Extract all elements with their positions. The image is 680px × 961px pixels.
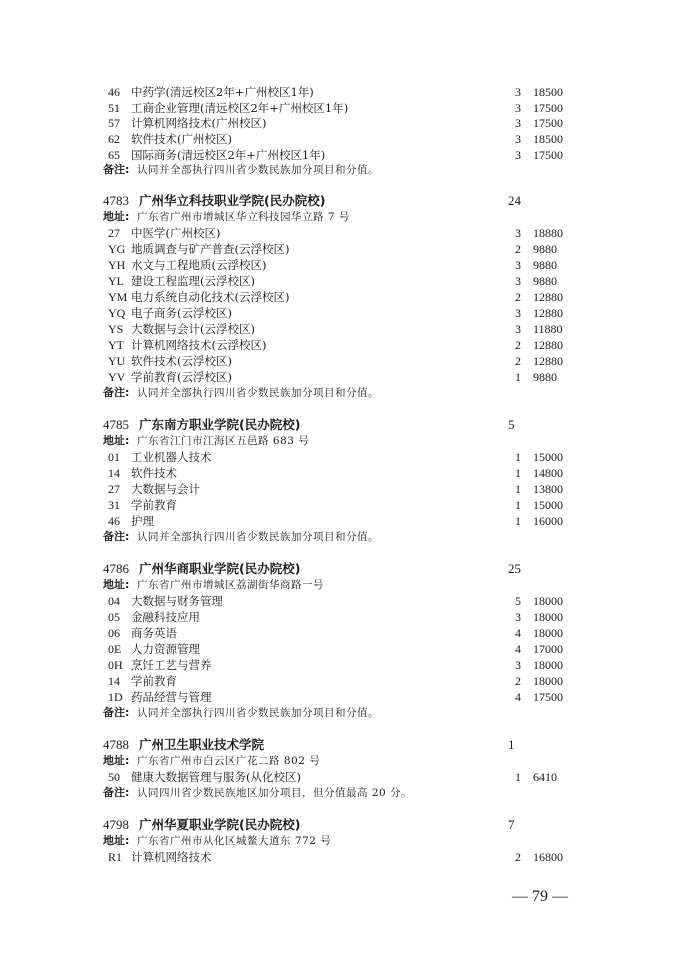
list-item: 27 大数据与会计 1 13800	[0, 481, 680, 497]
major-fee: 12880	[533, 337, 563, 353]
list-item: YH 水文与工程地质(云浮校区) 3 9880	[0, 257, 680, 273]
school-count: 5	[508, 417, 515, 433]
major-name: 工商企业管理(清远校区2年+广州校区1年)	[131, 100, 348, 116]
list-item: R1 计算机网络技术 2 16800	[0, 849, 680, 865]
major-fee: 17000	[533, 641, 563, 657]
address-label: 地址:	[103, 753, 129, 769]
major-code: 62	[108, 131, 120, 147]
list-item: 0E 人力资源管理 4 17000	[0, 641, 680, 657]
major-name: 工业机器人技术	[131, 449, 212, 465]
major-fee: 15000	[533, 449, 563, 465]
major-name: 药品经营与管理	[131, 689, 212, 705]
major-fee: 18000	[533, 657, 563, 673]
major-fee: 18500	[533, 84, 563, 100]
note-label: 备注:	[103, 385, 129, 401]
list-item: YG 地质调查与矿产普查(云浮校区) 2 9880	[0, 241, 680, 257]
school-name: 广州华夏职业学院(民办院校)	[139, 817, 300, 833]
major-fee: 18500	[533, 131, 563, 147]
major-count: 1	[515, 769, 521, 785]
school-count: 1	[508, 737, 515, 753]
address-label: 地址:	[103, 433, 129, 449]
school-note: 备注: 认同并全部执行四川省少数民族加分项目和分值。	[0, 385, 680, 401]
major-code: 57	[108, 115, 120, 131]
major-count: 2	[515, 289, 521, 305]
major-name: 学前教育(云浮校区)	[131, 369, 232, 385]
major-code: YT	[108, 337, 124, 353]
major-name: 大数据与财务管理	[131, 593, 223, 609]
major-fee: 9880	[533, 369, 557, 385]
major-name: 计算机网络技术	[131, 849, 212, 865]
note-text: 认同并全部执行四川省少数民族加分项目和分值。	[137, 529, 379, 545]
major-code: 05	[108, 609, 120, 625]
school-note: 备注: 认同并全部执行四川省少数民族加分项目和分值。	[0, 705, 680, 721]
school-id: 4786	[103, 561, 129, 577]
major-count: 1	[515, 369, 521, 385]
major-code: 14	[108, 465, 120, 481]
school-name: 广东南方职业学院(民办院校)	[139, 417, 300, 433]
major-count: 4	[515, 625, 521, 641]
major-name: 人力资源管理	[131, 641, 200, 657]
major-code: 27	[108, 481, 120, 497]
address-label: 地址:	[103, 833, 129, 849]
major-count: 2	[515, 673, 521, 689]
major-name: 电子商务(云浮校区)	[131, 305, 232, 321]
major-name: 金融科技应用	[131, 609, 200, 625]
major-count: 3	[515, 115, 521, 131]
major-fee: 17500	[533, 147, 563, 163]
document-page: 46 中药学(清远校区2年+广州校区1年) 3 18500 51 工商企业管理(…	[0, 0, 680, 961]
major-name: 中药学(清远校区2年+广州校区1年)	[131, 84, 314, 100]
major-count: 3	[515, 321, 521, 337]
major-name: 电力系统自动化技术(云浮校区)	[131, 289, 289, 305]
major-count: 3	[515, 257, 521, 273]
major-code: YH	[108, 257, 125, 273]
major-fee: 17500	[533, 689, 563, 705]
school-address: 地址: 广东省广州市增城区华立科技园华立路 7 号	[0, 209, 680, 225]
major-name: 软件技术(广州校区)	[131, 131, 232, 147]
school-note: 备注: 认同四川省少数民族地区加分项目，但分值最高 20 分。	[0, 785, 680, 801]
address-text: 广东省广州市从化区城鳌大道东 772 号	[137, 833, 331, 849]
list-item: YL 建设工程监理(云浮校区) 3 9880	[0, 273, 680, 289]
list-item: 46 中药学(清远校区2年+广州校区1年) 3 18500	[0, 84, 680, 100]
major-count: 1	[515, 449, 521, 465]
major-code: YM	[108, 289, 127, 305]
major-fee: 18880	[533, 225, 563, 241]
major-name: 软件技术	[131, 465, 177, 481]
major-code: R1	[108, 849, 122, 865]
major-fee: 16000	[533, 513, 563, 529]
list-item: 62 软件技术(广州校区) 3 18500	[0, 131, 680, 147]
school-id: 4783	[103, 193, 129, 209]
address-label: 地址:	[103, 209, 129, 225]
major-count: 3	[515, 84, 521, 100]
school-header: 4788 广州卫生职业技术学院 1	[0, 737, 680, 753]
list-item: 14 学前教育 2 18000	[0, 673, 680, 689]
major-code: 06	[108, 625, 120, 641]
note-text: 认同并全部执行四川省少数民族加分项目和分值。	[137, 705, 379, 721]
school-address: 地址: 广东省广州市增城区荔湖街华商路一号	[0, 577, 680, 593]
major-fee: 18000	[533, 593, 563, 609]
note-text: 认同并全部执行四川省少数民族加分项目和分值。	[137, 385, 379, 401]
major-code: YS	[108, 321, 123, 337]
list-item: 46 护理 1 16000	[0, 513, 680, 529]
school-note: 备注: 认同并全部执行四川省少数民族加分项目和分值。	[0, 162, 680, 178]
major-name: 大数据与会计(云浮校区)	[131, 321, 255, 337]
list-item: 1D 药品经营与管理 4 17500	[0, 689, 680, 705]
address-text: 广东省广州市白云区广花二路 802 号	[137, 753, 320, 769]
school-id: 4785	[103, 417, 129, 433]
address-text: 广东省广州市增城区荔湖街华商路一号	[137, 577, 324, 593]
list-item: 51 工商企业管理(清远校区2年+广州校区1年) 3 17500	[0, 100, 680, 116]
school-header: 4785 广东南方职业学院(民办院校) 5	[0, 417, 680, 433]
list-item: 0H 烹饪工艺与营养 3 18000	[0, 657, 680, 673]
school-header: 4798 广州华夏职业学院(民办院校) 7	[0, 817, 680, 833]
major-count: 3	[515, 225, 521, 241]
major-code: 27	[108, 225, 120, 241]
note-text: 认同并全部执行四川省少数民族加分项目和分值。	[137, 162, 379, 178]
major-fee: 13800	[533, 481, 563, 497]
list-item: YT 计算机网络技术(云浮校区) 2 12880	[0, 337, 680, 353]
major-count: 2	[515, 353, 521, 369]
major-fee: 12880	[533, 289, 563, 305]
list-item: 57 计算机网络技术(广州校区) 3 17500	[0, 115, 680, 131]
list-item: 05 金融科技应用 3 18000	[0, 609, 680, 625]
list-item: YU 软件技术(云浮校区) 2 12880	[0, 353, 680, 369]
major-count: 3	[515, 100, 521, 116]
major-count: 1	[515, 481, 521, 497]
major-count: 3	[515, 657, 521, 673]
list-item: 04 大数据与财务管理 5 18000	[0, 593, 680, 609]
note-label: 备注:	[103, 162, 129, 178]
school-header: 4783 广州华立科技职业学院(民办院校) 24	[0, 193, 680, 209]
major-name: 学前教育	[131, 673, 177, 689]
school-name: 广州卫生职业技术学院	[139, 737, 264, 753]
note-label: 备注:	[103, 705, 129, 721]
major-name: 建设工程监理(云浮校区)	[131, 273, 255, 289]
major-fee: 9880	[533, 241, 557, 257]
major-code: 50	[108, 769, 120, 785]
major-name: 软件技术(云浮校区)	[131, 353, 232, 369]
major-count: 3	[515, 273, 521, 289]
major-fee: 17500	[533, 115, 563, 131]
major-count: 4	[515, 689, 521, 705]
major-name: 水文与工程地质(云浮校区)	[131, 257, 266, 273]
major-code: 14	[108, 673, 120, 689]
list-item: YS 大数据与会计(云浮校区) 3 11880	[0, 321, 680, 337]
school-address: 地址: 广东省广州市白云区广花二路 802 号	[0, 753, 680, 769]
note-text: 认同四川省少数民族地区加分项目，但分值最高 20 分。	[137, 785, 412, 801]
note-label: 备注:	[103, 529, 129, 545]
list-item: 65 国际商务(清远校区2年+广州校区1年) 3 17500	[0, 147, 680, 163]
major-name: 健康大数据管理与服务(从化校区)	[131, 769, 301, 785]
major-fee: 18000	[533, 609, 563, 625]
major-count: 3	[515, 305, 521, 321]
major-count: 2	[515, 337, 521, 353]
major-name: 中医学(广州校区)	[131, 225, 220, 241]
major-name: 大数据与会计	[131, 481, 200, 497]
school-name: 广州华商职业学院(民办院校)	[139, 561, 300, 577]
list-item: 01 工业机器人技术 1 15000	[0, 449, 680, 465]
list-item: 50 健康大数据管理与服务(从化校区) 1 6410	[0, 769, 680, 785]
major-name: 地质调查与矿产普查(云浮校区)	[131, 241, 289, 257]
major-code: 0H	[108, 657, 123, 673]
major-fee: 14800	[533, 465, 563, 481]
list-item: YQ 电子商务(云浮校区) 3 12880	[0, 305, 680, 321]
major-code: YQ	[108, 305, 125, 321]
school-name: 广州华立科技职业学院(民办院校)	[139, 193, 325, 209]
major-fee: 12880	[533, 353, 563, 369]
address-text: 广东省广州市增城区华立科技园华立路 7 号	[137, 209, 350, 225]
list-item: 27 中医学(广州校区) 3 18880	[0, 225, 680, 241]
major-fee: 16800	[533, 849, 563, 865]
school-count: 24	[508, 193, 521, 209]
major-code: 46	[108, 84, 120, 100]
major-code: 51	[108, 100, 120, 116]
major-fee: 11880	[533, 321, 563, 337]
major-code: YU	[108, 353, 125, 369]
major-fee: 9880	[533, 257, 557, 273]
school-id: 4798	[103, 817, 129, 833]
major-code: YV	[108, 369, 125, 385]
major-code: YG	[108, 241, 125, 257]
major-fee: 6410	[533, 769, 557, 785]
major-fee: 18000	[533, 673, 563, 689]
address-label: 地址:	[103, 577, 129, 593]
major-code: YL	[108, 273, 124, 289]
major-name: 烹饪工艺与营养	[131, 657, 212, 673]
major-count: 1	[515, 465, 521, 481]
list-item: YM 电力系统自动化技术(云浮校区) 2 12880	[0, 289, 680, 305]
major-fee: 17500	[533, 100, 563, 116]
major-count: 4	[515, 641, 521, 657]
major-name: 学前教育	[131, 497, 177, 513]
major-count: 1	[515, 497, 521, 513]
major-fee: 9880	[533, 273, 557, 289]
major-count: 5	[515, 593, 521, 609]
major-name: 计算机网络技术(云浮校区)	[131, 337, 266, 353]
address-text: 广东省江门市江海区五邑路 683 号	[137, 433, 309, 449]
major-count: 3	[515, 147, 521, 163]
school-count: 7	[508, 817, 515, 833]
school-address: 地址: 广东省广州市从化区城鳌大道东 772 号	[0, 833, 680, 849]
major-name: 护理	[131, 513, 154, 529]
school-header: 4786 广州华商职业学院(民办院校) 25	[0, 561, 680, 577]
major-code: 01	[108, 449, 120, 465]
major-name: 计算机网络技术(广州校区)	[131, 115, 266, 131]
list-item: YV 学前教育(云浮校区) 1 9880	[0, 369, 680, 385]
school-address: 地址: 广东省江门市江海区五邑路 683 号	[0, 433, 680, 449]
major-name: 国际商务(清远校区2年+广州校区1年)	[131, 147, 325, 163]
list-item: 06 商务英语 4 18000	[0, 625, 680, 641]
page-number: — 79 —	[512, 888, 568, 906]
major-code: 04	[108, 593, 120, 609]
major-count: 3	[515, 131, 521, 147]
list-item: 31 学前教育 1 15000	[0, 497, 680, 513]
major-fee: 15000	[533, 497, 563, 513]
major-fee: 12880	[533, 305, 563, 321]
major-count: 2	[515, 241, 521, 257]
list-item: 14 软件技术 1 14800	[0, 465, 680, 481]
major-code: 1D	[108, 689, 123, 705]
major-fee: 18000	[533, 625, 563, 641]
major-name: 商务英语	[131, 625, 177, 641]
school-id: 4788	[103, 737, 129, 753]
major-code: 0E	[108, 641, 121, 657]
major-code: 31	[108, 497, 120, 513]
major-count: 3	[515, 609, 521, 625]
note-label: 备注:	[103, 785, 129, 801]
major-code: 65	[108, 147, 120, 163]
major-code: 46	[108, 513, 120, 529]
major-count: 2	[515, 849, 521, 865]
school-count: 25	[508, 561, 521, 577]
school-note: 备注: 认同并全部执行四川省少数民族加分项目和分值。	[0, 529, 680, 545]
major-count: 1	[515, 513, 521, 529]
